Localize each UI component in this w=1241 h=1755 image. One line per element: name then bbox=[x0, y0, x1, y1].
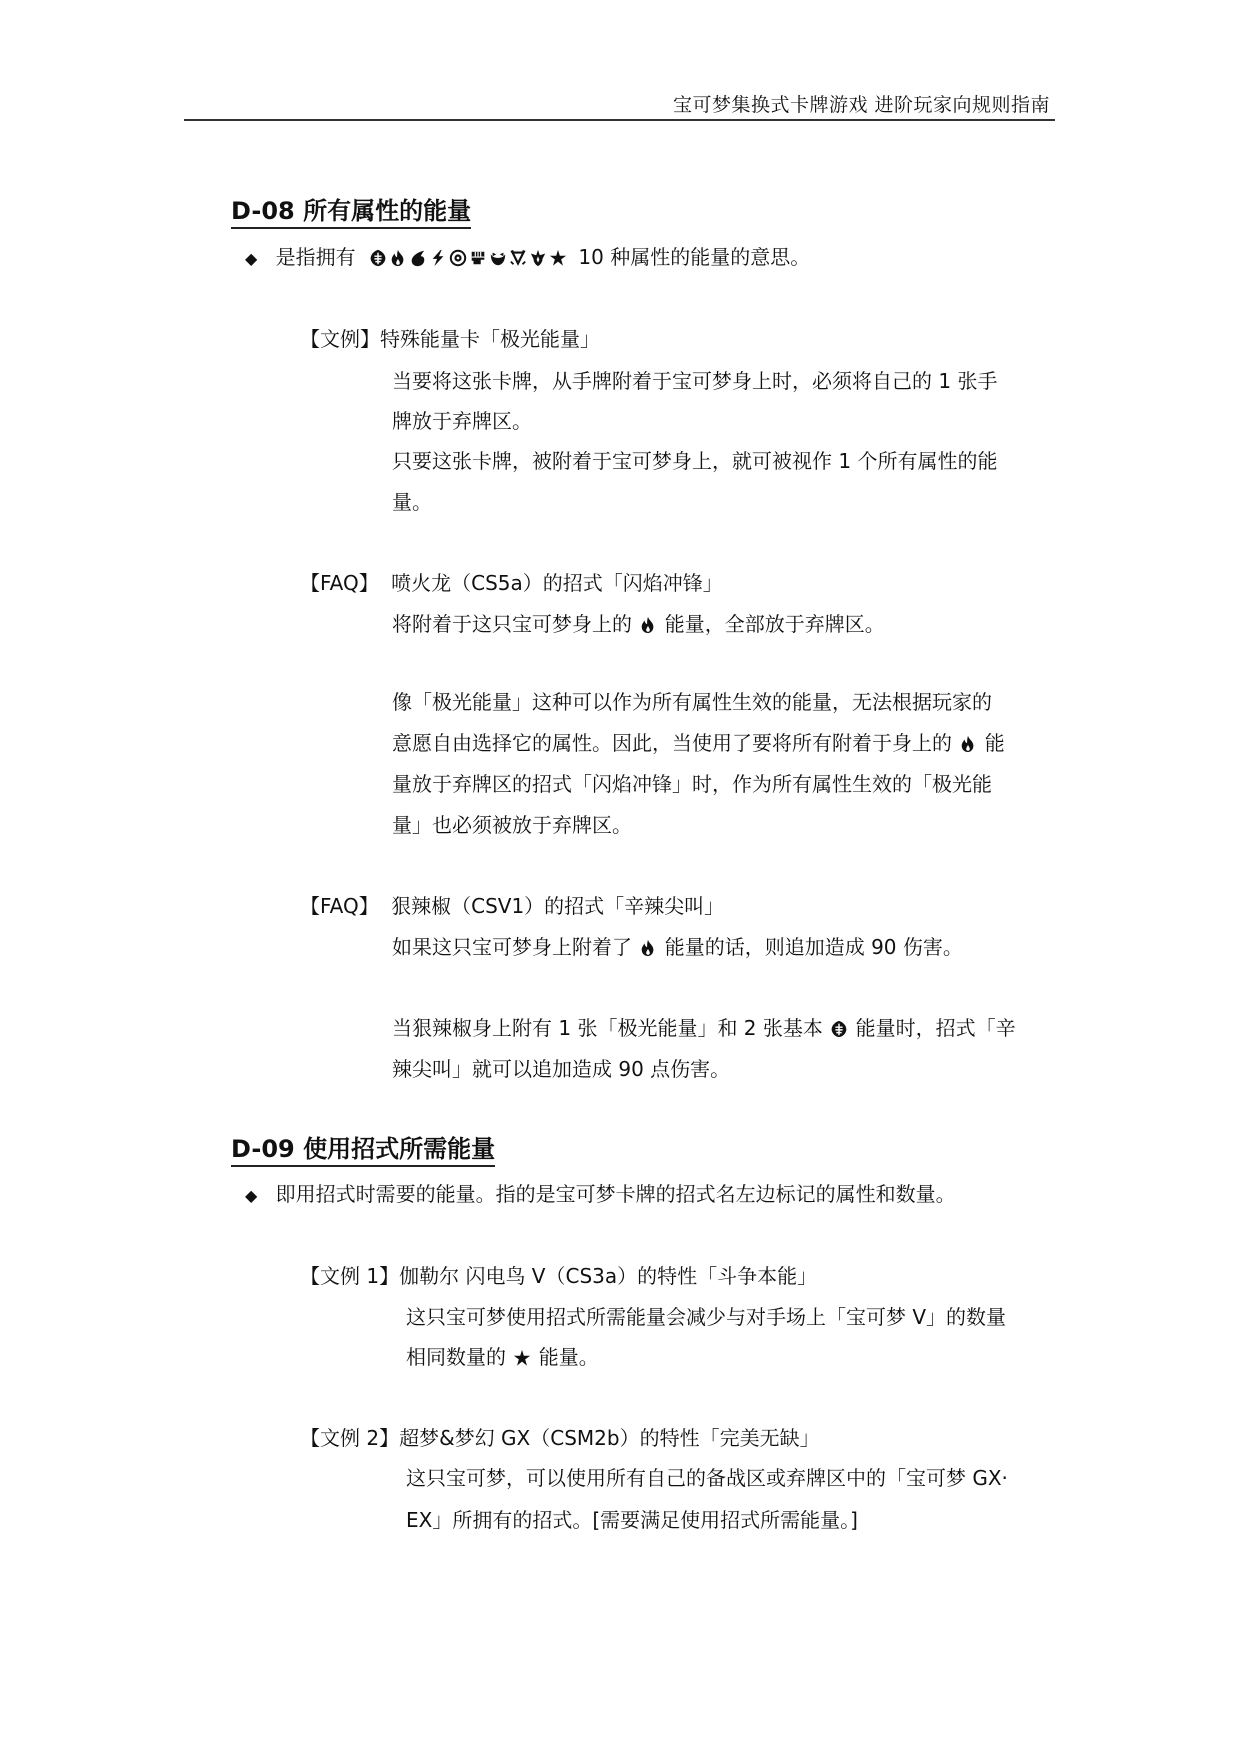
dragon-energy-icon bbox=[529, 249, 547, 267]
bullet-line-d08: ◆ 是指拥有 10 种属性的能量的意思。 bbox=[245, 244, 810, 272]
header-divider bbox=[184, 119, 1055, 121]
example2-heading: 【文例 2】超梦&梦幻 GX（CSM2b）的特性「完美无缺」 bbox=[300, 1425, 820, 1451]
faq-heading: 【FAQ】 狠辣椒（CSV1）的招式「辛辣尖叫」 bbox=[300, 893, 724, 919]
faq-label: 【FAQ】 bbox=[300, 571, 379, 595]
faq-paragraph-line: 量」也必须被放于弃牌区。 bbox=[392, 812, 632, 838]
bullet-diamond-icon: ◆ bbox=[245, 249, 257, 268]
energy-icon-row bbox=[368, 245, 574, 269]
example-label: 【文例】 bbox=[300, 327, 380, 351]
faq-line-prefix: 将附着于这只宝可梦身上的 bbox=[392, 612, 632, 636]
faq-line: 如果这只宝可梦身上附着了 能量的话，则追加造成 90 伤害。 bbox=[392, 934, 963, 960]
faq-label: 【FAQ】 bbox=[300, 894, 379, 918]
example2-line: 这只宝可梦，可以使用所有自己的备战区或弃牌区中的「宝可梦 GX· bbox=[406, 1465, 1008, 1491]
bullet-prefix: 是指拥有 bbox=[276, 245, 356, 269]
faq-para-suffix: 能 bbox=[985, 731, 1005, 755]
faq-line-suffix: 能量，全部放于弃牌区。 bbox=[665, 612, 885, 636]
example2-label: 【文例 2】 bbox=[300, 1426, 399, 1450]
fire-energy-icon bbox=[639, 939, 657, 957]
faq-paragraph-line: 量放于弃牌区的招式「闪焰冲锋」时，作为所有属性生效的「极光能 bbox=[392, 771, 992, 797]
psychic-energy-icon bbox=[449, 249, 467, 267]
faq-paragraph-line: 辣尖叫」就可以追加造成 90 点伤害。 bbox=[392, 1056, 730, 1082]
example-title: 特殊能量卡「极光能量」 bbox=[380, 327, 600, 351]
example1-heading: 【文例 1】伽勒尔 闪电鸟 V（CS3a）的特性「斗争本能」 bbox=[300, 1263, 817, 1289]
faq-line: 将附着于这只宝可梦身上的 能量，全部放于弃牌区。 bbox=[392, 611, 885, 637]
example1-line-suffix: 能量。 bbox=[539, 1345, 599, 1369]
example1-line-prefix: 相同数量的 bbox=[406, 1345, 506, 1369]
lightning-energy-icon bbox=[429, 249, 447, 267]
bullet-suffix: 10 种属性的能量的意思。 bbox=[578, 245, 810, 269]
faq-title: 喷火龙（CS5a）的招式「闪焰冲锋」 bbox=[391, 571, 723, 595]
fighting-energy-icon bbox=[469, 249, 487, 267]
darkness-energy-icon bbox=[489, 249, 507, 267]
example-line: 量。 bbox=[392, 489, 432, 515]
example1-title: 伽勒尔 闪电鸟 V（CS3a）的特性「斗争本能」 bbox=[399, 1264, 817, 1288]
example1-label: 【文例 1】 bbox=[300, 1264, 399, 1288]
example2-line: EX」所拥有的招式。[需要满足使用招式所需能量。] bbox=[406, 1507, 858, 1533]
fire-energy-icon bbox=[959, 735, 977, 753]
faq-line-suffix: 能量的话，则追加造成 90 伤害。 bbox=[665, 935, 963, 959]
example-line: 牌放于弃牌区。 bbox=[392, 408, 532, 434]
example-heading: 【文例】特殊能量卡「极光能量」 bbox=[300, 326, 600, 352]
grass-energy-icon bbox=[830, 1020, 848, 1038]
faq-title: 狠辣椒（CSV1）的招式「辛辣尖叫」 bbox=[391, 894, 724, 918]
example-line: 只要这张卡牌，被附着于宝可梦身上，就可被视作 1 个所有属性的能 bbox=[392, 448, 997, 474]
bullet-diamond-icon: ◆ bbox=[245, 1186, 257, 1205]
faq-line-prefix: 如果这只宝可梦身上附着了 bbox=[392, 935, 632, 959]
faq-paragraph-line: 像「极光能量」这种可以作为所有属性生效的能量，无法根据玩家的 bbox=[392, 689, 992, 715]
section-heading-d08: D-08 所有属性的能量 bbox=[231, 197, 471, 229]
faq-para-suffix: 能量时，招式「辛 bbox=[856, 1016, 1016, 1040]
fire-energy-icon bbox=[389, 249, 407, 267]
faq-heading: 【FAQ】 喷火龙（CS5a）的招式「闪焰冲锋」 bbox=[300, 570, 723, 596]
bullet-text: 即用招式时需要的能量。指的是宝可梦卡牌的招式名左边标记的属性和数量。 bbox=[276, 1182, 956, 1206]
page-header-title: 宝可梦集换式卡牌游戏 进阶玩家向规则指南 bbox=[673, 90, 1050, 117]
faq-paragraph-line: 当狠辣椒身上附有 1 张「极光能量」和 2 张基本 能量时，招式「辛 bbox=[392, 1015, 1016, 1041]
metal-energy-icon bbox=[509, 249, 527, 267]
fire-energy-icon bbox=[639, 616, 657, 634]
example2-title: 超梦&梦幻 GX（CSM2b）的特性「完美无缺」 bbox=[399, 1426, 820, 1450]
grass-energy-icon bbox=[369, 249, 387, 267]
example1-line: 相同数量的 能量。 bbox=[406, 1344, 599, 1370]
water-energy-icon bbox=[409, 249, 427, 267]
example-line: 当要将这张卡牌，从手牌附着于宝可梦身上时，必须将自己的 1 张手 bbox=[392, 368, 997, 394]
faq-para-prefix: 意愿自由选择它的属性。因此，当使用了要将所有附着于身上的 bbox=[392, 731, 952, 755]
example1-line: 这只宝可梦使用招式所需能量会减少与对手场上「宝可梦 V」的数量 bbox=[406, 1304, 1006, 1330]
faq-para-prefix: 当狠辣椒身上附有 1 张「极光能量」和 2 张基本 bbox=[392, 1016, 823, 1040]
section-heading-d09: D-09 使用招式所需能量 bbox=[231, 1135, 495, 1167]
faq-paragraph-line: 意愿自由选择它的属性。因此，当使用了要将所有附着于身上的 能 bbox=[392, 730, 1005, 756]
colorless-energy-icon bbox=[549, 249, 567, 267]
bullet-line-d09: ◆ 即用招式时需要的能量。指的是宝可梦卡牌的招式名左边标记的属性和数量。 bbox=[245, 1181, 956, 1209]
colorless-energy-icon bbox=[513, 1349, 531, 1367]
